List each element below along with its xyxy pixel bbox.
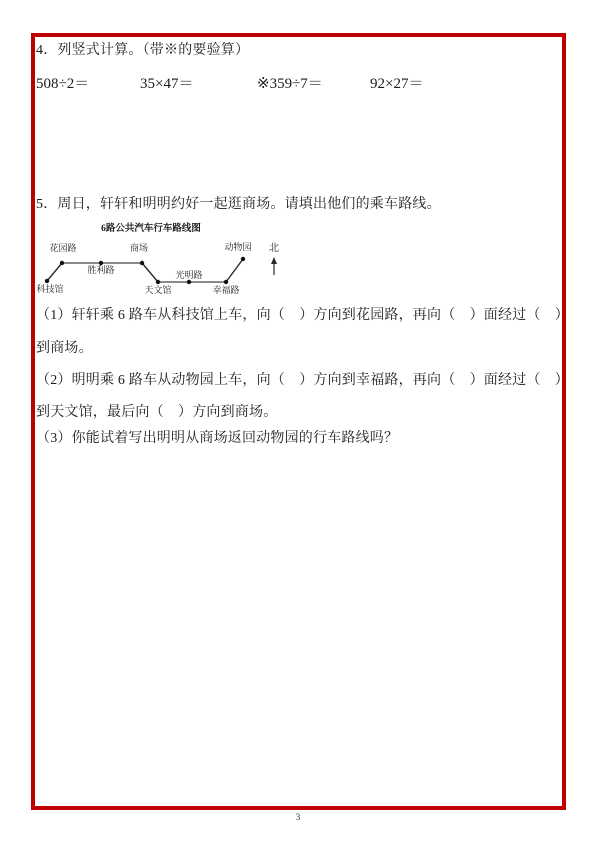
question-4-header: 4．列竖式计算。（带※的要验算）	[36, 42, 249, 60]
question-5-header: 5．周日，轩轩和明明约好一起逛商场。请填出他们的乘车路线。	[36, 196, 441, 214]
station-dot	[60, 261, 64, 265]
station-label-huayuanlu: 花园路	[49, 244, 76, 253]
station-label-shangchang: 商场	[130, 244, 148, 253]
north-label: 北	[269, 244, 279, 254]
equation-4: 92×27＝	[370, 72, 423, 93]
station-label-xingfulu: 幸福路	[212, 286, 239, 295]
route-segment-diagonal	[142, 263, 158, 282]
equation-3: ※359÷7＝	[257, 72, 323, 93]
station-dot	[45, 279, 49, 283]
station-label-dongwuyuan: 动物园	[224, 243, 251, 252]
station-dot	[140, 261, 144, 265]
route-segment-diagonal	[226, 259, 243, 282]
station-dot	[224, 280, 228, 284]
question-5-1-line2: 到商场。	[36, 340, 93, 358]
north-arrow-icon	[271, 257, 277, 275]
station-label-kejiguan: 科技馆	[36, 285, 63, 294]
question-5-1-line1: （1）轩轩乘 6 路车从科技馆上车，向（ ）方向到花园路，再向（ ）面经过（ ）	[36, 307, 570, 325]
station-label-tianwenguan: 天文馆	[144, 286, 171, 295]
page-number: 3	[0, 812, 596, 822]
station-dot	[156, 280, 160, 284]
question-5-2-line1: （2）明明乘 6 路车从动物园上车，向（ ）方向到幸福路，再向（ ）面经过（ ）	[36, 372, 570, 390]
bus-route-map: 6路公共汽车行车路线图 科技馆 花园路 胜利路 商场 天文馆 光明路 幸福路 动…	[36, 220, 296, 302]
equation-2: 35×47＝	[140, 72, 193, 93]
route-segment-diagonal	[47, 263, 62, 281]
station-label-guangminglu: 光明路	[175, 271, 202, 280]
question-5-2-line2: 到天文馆，最后向（ ）方向到商场。	[36, 404, 277, 422]
station-label-shenglilu: 胜利路	[87, 266, 114, 275]
question-5-3: （3）你能试着写出明明从商场返回动物园的行车路线吗？	[36, 430, 398, 448]
station-dot	[241, 257, 245, 261]
equation-1: 508÷2＝	[36, 72, 89, 93]
station-dot	[187, 280, 191, 284]
